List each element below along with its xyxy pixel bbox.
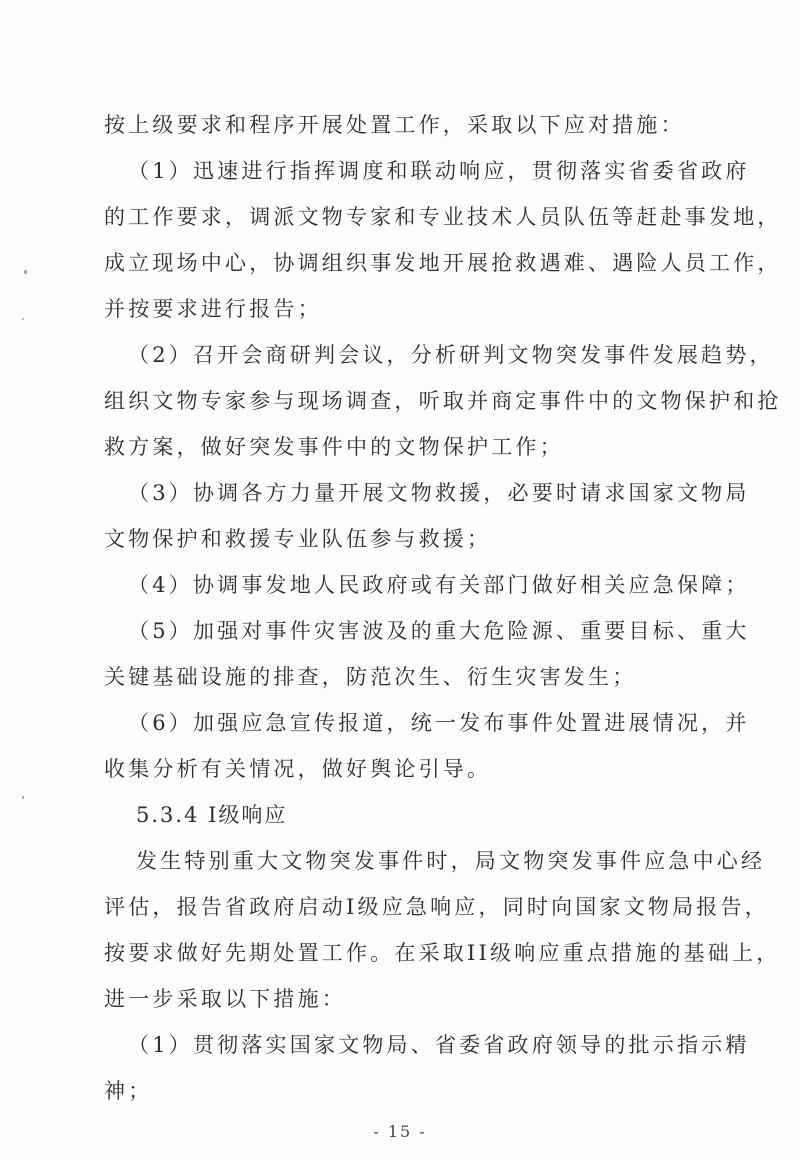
text-line: 收集分析有关情况，做好舆论引导。 [104,755,491,783]
text-line: （6）加强应急宣传报道，统一发布事件处置进展情况，并 [128,709,750,737]
scan-artifact [24,270,27,274]
document-page: 按上级要求和程序开展处置工作，采取以下应对措施：（1）迅速进行指挥调度和联动响应… [0,0,800,1159]
text-line: （1）贯彻落实国家文物局、省委省政府领导的批示指示精 [128,1031,750,1059]
section-heading: 5.3.4 Ⅰ级响应 [136,801,287,829]
text-line: （5）加强对事件灾害波及的重大危险源、重要目标、重大 [128,617,750,645]
text-line: 进一步采取以下措施： [104,985,346,1013]
text-line: 组织文物专家参与现场调查，听取并商定事件中的文物保护和抢 [104,387,782,415]
text-line: 成立现场中心，协调组织事发地开展抢救遇难、遇险人员工作， [104,249,782,277]
text-line: 按要求做好先期处置工作。在采取II级响应重点措施的基础上， [104,939,780,967]
text-line: 发生特别重大文物突发事件时，局文物突发事件应急中心经 [136,847,765,875]
text-line: 文物保护和救援专业队伍参与救援； [104,525,491,553]
text-line: （4）协调事发地人民政府或有关部门做好相关应急保障； [128,571,750,599]
scan-artifact [22,318,24,320]
text-line: 按上级要求和程序开展处置工作，采取以下应对措施： [104,111,685,139]
text-line: 救方案，做好突发事件中的文物保护工作； [104,433,564,461]
text-line: （1）迅速进行指挥调度和联动响应，贯彻落实省委省政府 [128,157,750,185]
text-line: （2）召开会商研判会议，分析研判文物突发事件发展趋势， [128,341,774,369]
page-number: - 15 - [0,1122,800,1141]
text-line: 神； [104,1077,152,1105]
text-line: （3）协调各方力量开展文物救援，必要时请求国家文物局 [128,479,750,507]
text-line: 的工作要求，调派文物专家和专业技术人员队伍等赶赴事发地， [104,203,782,231]
text-line: 关键基础设施的排查，防范次生、衍生灾害发生； [104,663,636,691]
text-line: 评估，报告省政府启动Ⅰ级应急响应，同时向国家文物局报告， [104,893,769,921]
text-line: 并按要求进行报告； [104,295,322,323]
scan-artifact [22,796,24,799]
